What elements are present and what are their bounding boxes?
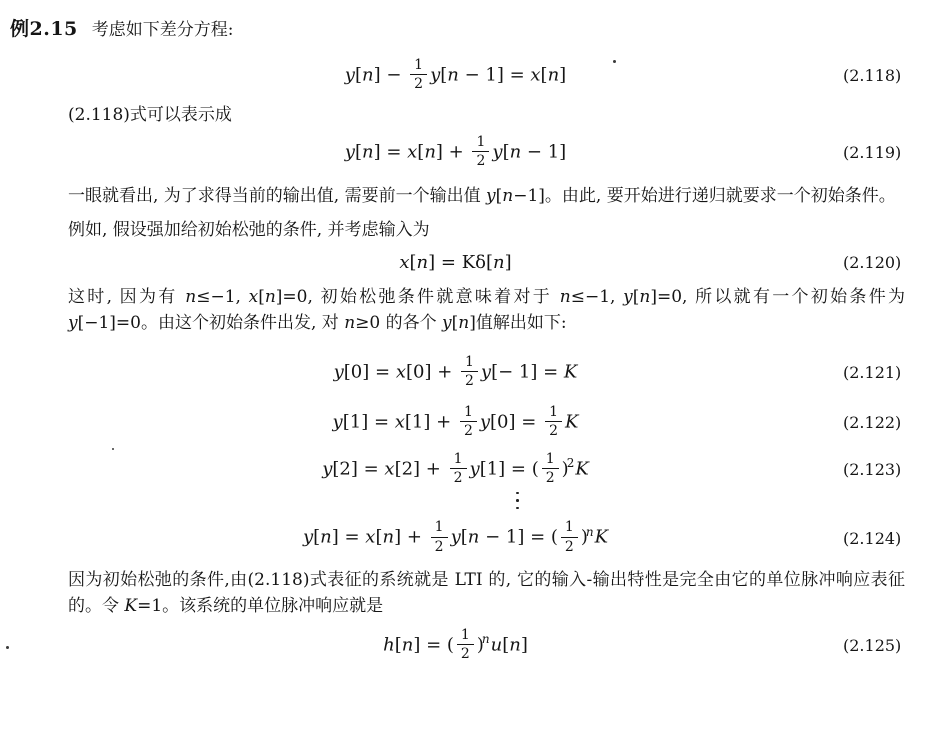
equation-2-125-number: (2.125) (843, 636, 905, 655)
example-number-label: 例2.15 (10, 18, 78, 40)
textbook-page: 例2.15考虑如下差分方程: y[n] − 12y[n − 1] = x[n] … (0, 0, 943, 737)
scan-speck (6, 646, 9, 649)
paragraph-lti-conclusion: 因为初始松弛的条件,由(2.118)式表征的系统就是 LTI 的, 它的输入-输… (68, 567, 905, 619)
vertical-ellipsis-row (68, 490, 905, 512)
paragraph-initial-condition: 这时, 因为有 n≤−1, x[n]=0, 初始松弛条件就意味着对于 n≤−1,… (68, 284, 905, 336)
equation-2-118-body: y[n] − 12y[n − 1] = x[n] (68, 58, 843, 93)
equation-2-119: y[n] = x[n] + 12y[n − 1] (2.119) (68, 132, 905, 173)
example-heading: 例2.15考虑如下差分方程: (10, 16, 905, 43)
example-intro-text: 考虑如下差分方程: (92, 20, 234, 40)
equation-2-123-number: (2.123) (843, 460, 905, 479)
equation-2-124: y[n] = x[n] + 12y[n − 1] = (12)nK (2.124… (68, 517, 905, 558)
equation-2-119-body: y[n] = x[n] + 12y[n − 1] (68, 135, 843, 170)
equation-2-122: y[1] = x[1] + 12y[0] = 12K (2.122) (68, 402, 905, 443)
equation-2-121: y[0] = x[0] + 12y[− 1] = K (2.121) (68, 352, 905, 393)
equation-2-119-number: (2.119) (843, 143, 905, 162)
paragraph-rewrite: (2.118)式可以表示成 (68, 102, 905, 128)
equation-2-120-number: (2.120) (843, 253, 905, 272)
equation-2-118: y[n] − 12y[n − 1] = x[n] (2.118) (68, 55, 905, 96)
equation-2-123-body: y[2] = x[2] + 12y[1] = (12)2K (68, 452, 843, 487)
paragraph-example-input: 例如, 假设强加给初始松弛的条件, 并考虑输入为 (68, 217, 905, 243)
equation-2-123: y[2] = x[2] + 12y[1] = (12)2K (2.123) (68, 449, 905, 490)
equation-2-122-number: (2.122) (843, 413, 905, 432)
scan-speck (112, 448, 114, 450)
equation-2-125-body: h[n] = (12)nu[n] (68, 628, 843, 663)
equation-2-118-number: (2.118) (843, 66, 905, 85)
equation-2-120-body: x[n] = Kδ[n] (68, 252, 843, 273)
vertical-ellipsis (516, 490, 519, 512)
paragraph-recursion: 一眼就看出, 为了求得当前的输出值, 需要前一个输出值 y[n−1]。由此, 要… (68, 183, 905, 209)
equation-2-120: x[n] = Kδ[n] (2.120) (68, 249, 905, 276)
equation-2-122-body: y[1] = x[1] + 12y[0] = 12K (68, 405, 843, 440)
equation-2-121-body: y[0] = x[0] + 12y[− 1] = K (68, 355, 843, 390)
equation-2-125: h[n] = (12)nu[n] (2.125) (68, 625, 905, 666)
equation-2-124-number: (2.124) (843, 529, 905, 548)
equation-2-124-body: y[n] = x[n] + 12y[n − 1] = (12)nK (68, 520, 843, 555)
equation-2-121-number: (2.121) (843, 363, 905, 382)
scan-speck (613, 60, 616, 63)
